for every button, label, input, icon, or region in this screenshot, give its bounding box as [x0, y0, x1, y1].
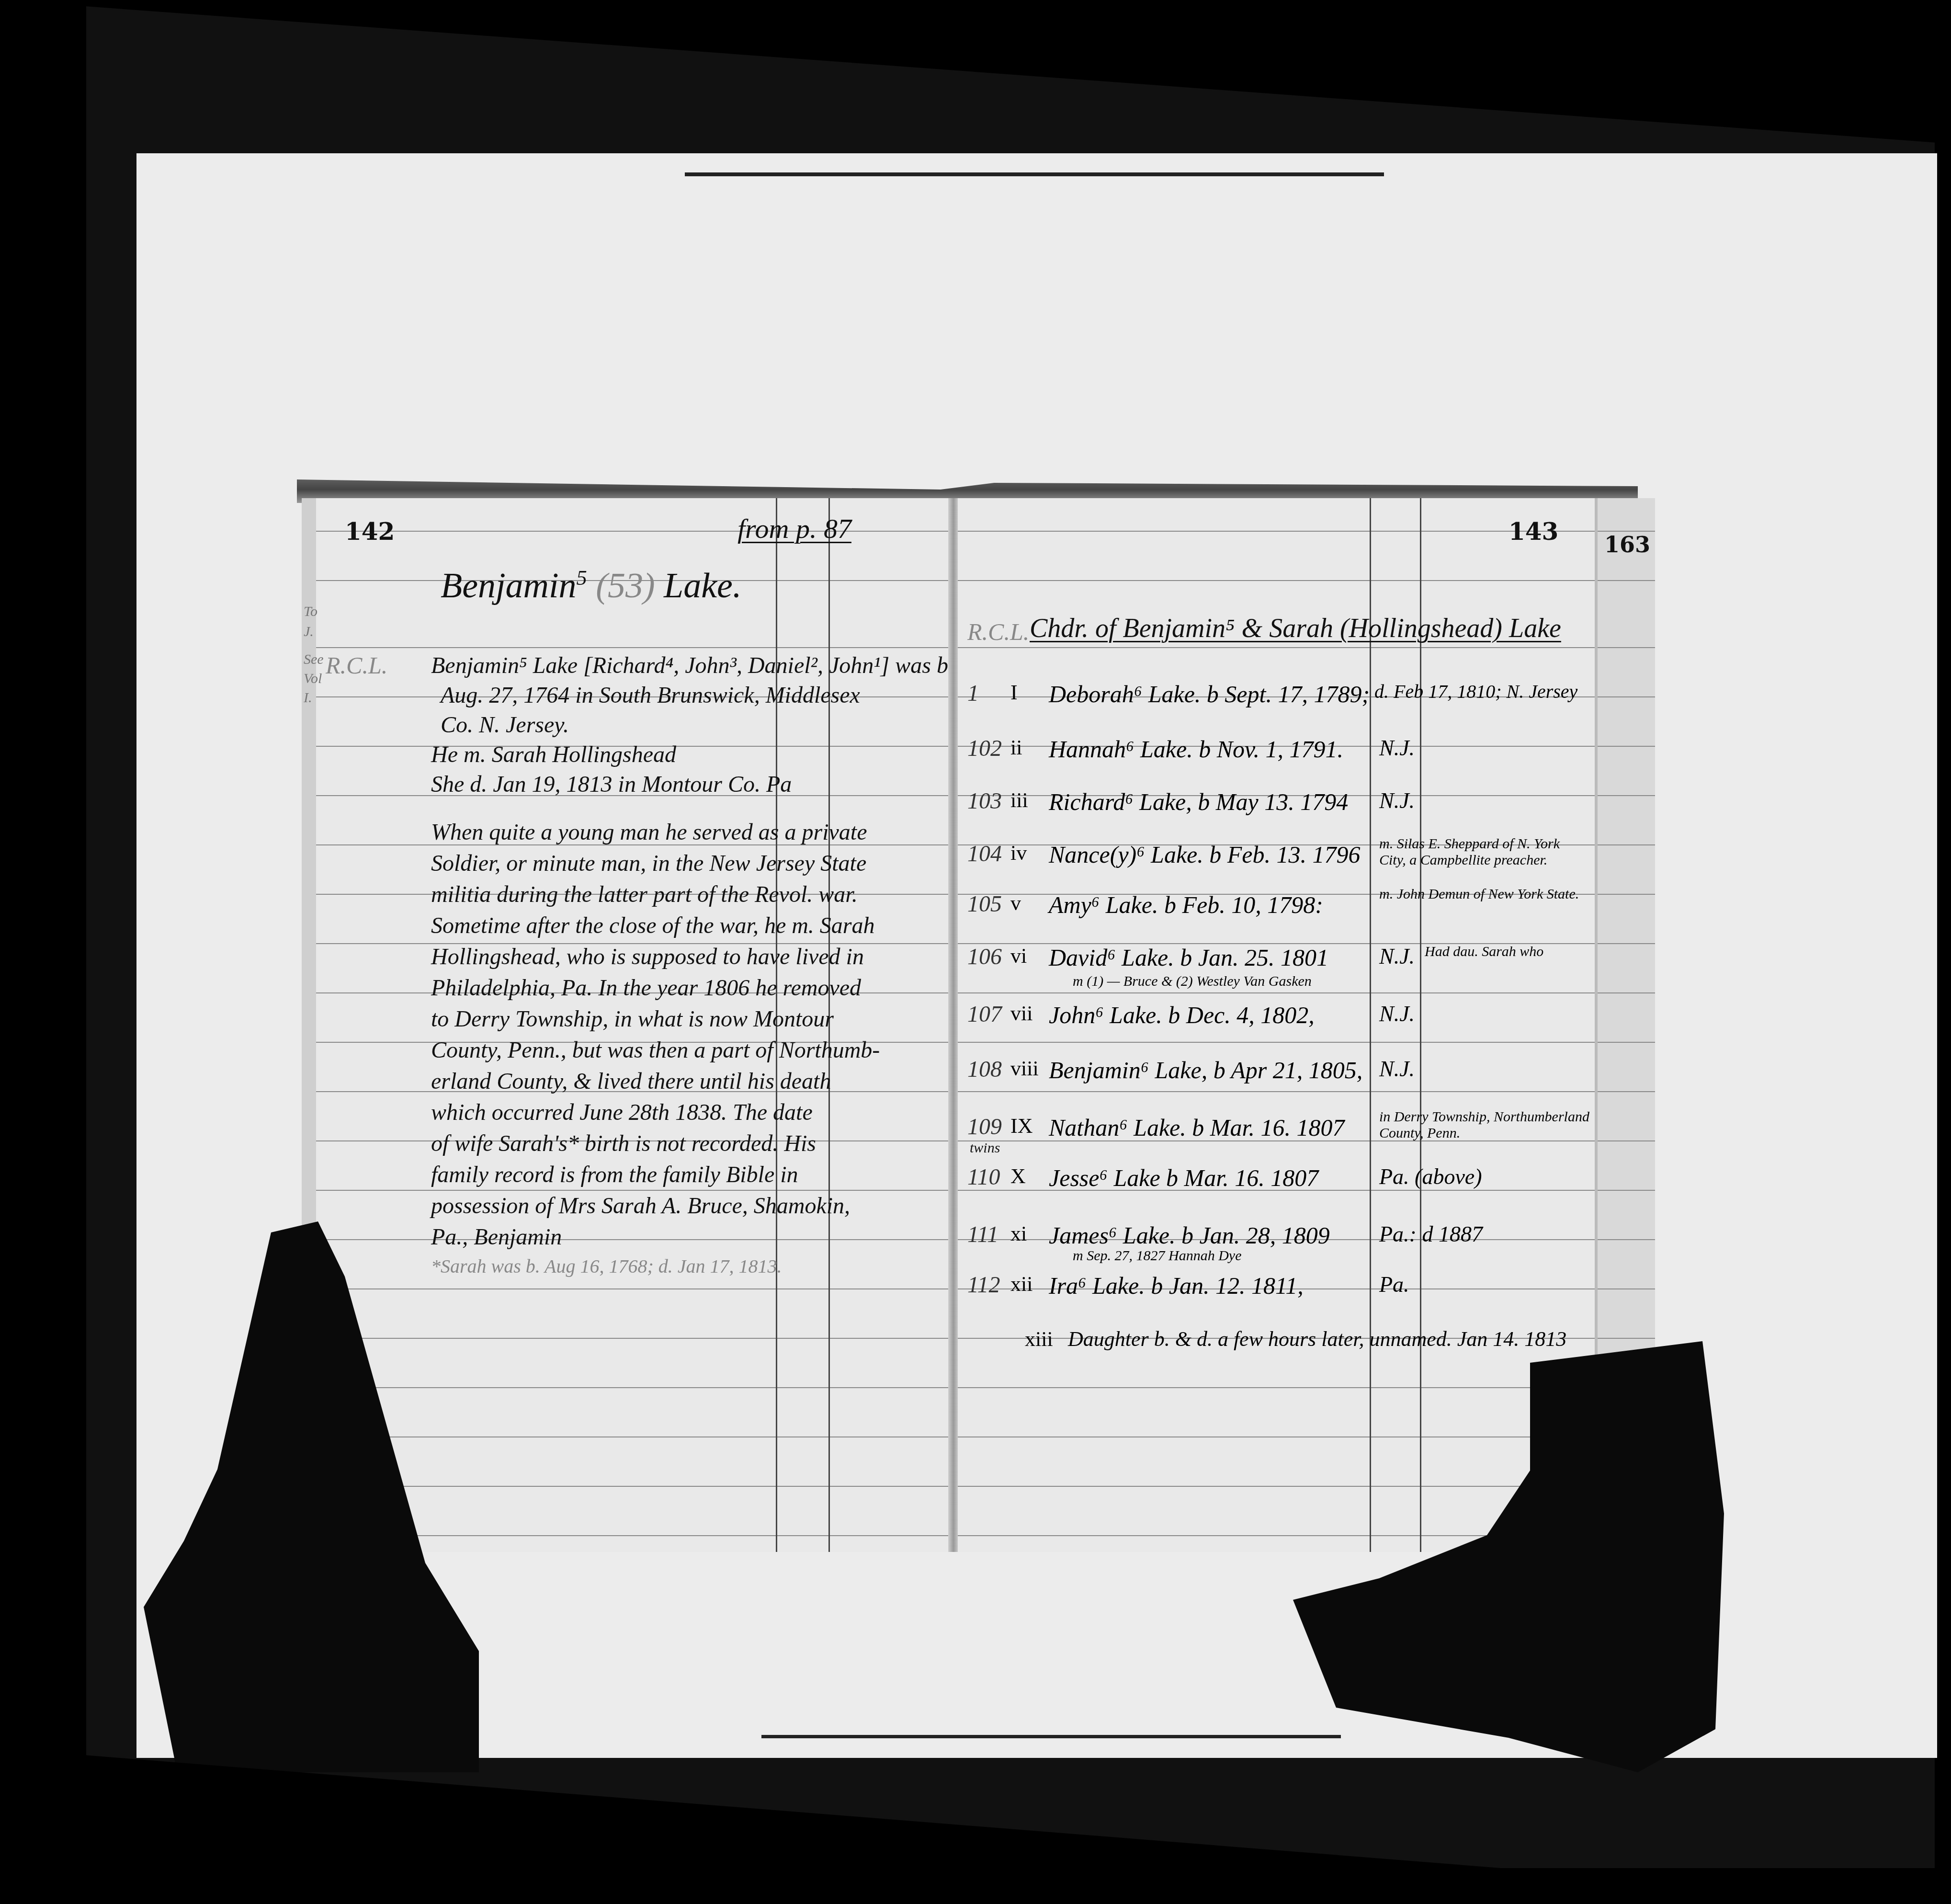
child-index: 109 — [967, 1114, 1002, 1140]
child-birth-record: James⁶ Lake. b Jan. 28, 1809 — [1049, 1221, 1330, 1249]
narrative-line: to Derry Township, in what is now Montou… — [431, 1006, 834, 1032]
child-index: 104 — [967, 841, 1002, 867]
narrative-line: Sometime after the close of the war, he … — [431, 912, 875, 939]
page-number-next: 163 — [1604, 532, 1650, 558]
alignment-rule-bottom — [761, 1735, 1341, 1738]
child-entry: 105 v Amy⁶ Lake. b Feb. 10, 1798: m. Joh… — [958, 891, 1595, 939]
summary-line: He m. Sarah Hollingshead — [431, 741, 676, 768]
open-ledger-book: To J. See Vol I. 142 from p. 87 Benjamin… — [287, 469, 1662, 1571]
child-sub-note: m (1) — Bruce & (2) Westley Van Gasken — [1073, 973, 1312, 990]
child-entry: 107 vii John⁶ Lake. b Dec. 4, 1802, N.J. — [958, 1001, 1595, 1049]
child-birth-record: Richard⁶ Lake, b May 13. 1794 — [1049, 788, 1348, 816]
page-number-left: 142 — [345, 517, 395, 546]
child-roman-numeral: xi — [1010, 1221, 1027, 1246]
child-roman-numeral: xii — [1010, 1272, 1032, 1296]
child-roman-numeral: viii — [1010, 1056, 1039, 1081]
child-index: 106 — [967, 944, 1002, 970]
child-entry: 103 iii Richard⁶ Lake, b May 13. 1794 N.… — [958, 788, 1595, 836]
child-roman-numeral: v — [1010, 891, 1021, 915]
child-roman-numeral: iii — [1010, 788, 1028, 812]
child-place: N.J. — [1379, 944, 1415, 969]
narrative-line: erland County, & lived there until his d… — [431, 1068, 831, 1095]
child-index: 1 — [967, 680, 979, 707]
narrative-line: of wife Sarah's* birth is not recorded. … — [431, 1130, 816, 1157]
child-birth-record: Nathan⁶ Lake. b Mar. 16. 1807 — [1049, 1114, 1344, 1141]
child-place: Pa. — [1379, 1272, 1409, 1297]
child-place: Pa. (above) — [1379, 1164, 1482, 1189]
margin-note: See — [304, 651, 324, 668]
title-name: Benjamin — [441, 566, 577, 605]
child-birth-record: Deborah⁶ Lake. b Sept. 17, 1789; — [1049, 680, 1370, 708]
child-index: 107 — [967, 1001, 1002, 1027]
child-place: N.J. — [1379, 1056, 1415, 1082]
child-marriage-note: m. John Demun of New York State. — [1379, 886, 1590, 902]
book-gutter — [948, 498, 959, 1552]
child-index: 112 — [967, 1272, 1000, 1298]
margin-note: J. — [304, 624, 314, 640]
summary-line: Co. N. Jersey. — [441, 712, 569, 738]
child-birth-record: Ira⁶ Lake. b Jan. 12. 1811, — [1049, 1272, 1304, 1300]
child-entry: 106 vi David⁶ Lake. b Jan. 25. 1801 N.J.… — [958, 944, 1595, 992]
narrative-line: Hollingshead, who is supposed to have li… — [431, 944, 864, 970]
child-roman-numeral: vii — [1010, 1001, 1032, 1026]
summary-line: Aug. 27, 1764 in South Brunswick, Middle… — [441, 682, 860, 708]
summary-line: She d. Jan 19, 1813 in Montour Co. Pa — [431, 771, 792, 798]
summary-line: Benjamin⁵ Lake [Richard⁴, John³, Daniel²… — [431, 652, 954, 679]
child-roman-numeral: IX — [1010, 1114, 1032, 1138]
child-place: N.J. — [1379, 788, 1415, 813]
child-roman-numeral: xiii — [1025, 1327, 1053, 1351]
narrative-line: Soldier, or minute man, in the New Jerse… — [431, 850, 866, 877]
left-page: To J. See Vol I. 142 from p. 87 Benjamin… — [302, 498, 958, 1552]
child-marriage-note: m. Silas E. Sheppard of N. York City, a … — [1379, 836, 1590, 868]
child-roman-numeral: X — [1010, 1164, 1026, 1188]
child-entry: 110 X Jesse⁶ Lake b Mar. 16. 1807 Pa. (a… — [958, 1164, 1595, 1212]
title-surname: Lake. — [664, 566, 741, 605]
child-entry: 1 I Deborah⁶ Lake. b Sept. 17, 1789; d. … — [958, 680, 1595, 728]
child-birthplace-note: in Derry Township, Northumberland County… — [1379, 1109, 1590, 1141]
child-place: d. Feb 17, 1810; N. Jersey — [1374, 680, 1577, 703]
narrative-line: Pa., Benjamin — [431, 1224, 562, 1250]
narrative-line: family record is from the family Bible i… — [431, 1162, 798, 1188]
margin-note: I. — [304, 690, 312, 706]
page-title: Benjamin5 (53) Lake. — [441, 565, 741, 606]
researcher-initials: R.C.L. — [967, 618, 1029, 646]
child-index: 111 — [967, 1221, 998, 1248]
child-birth-record: Nance(y)⁶ Lake. b Feb. 13. 1796 — [1049, 841, 1361, 868]
child-birth-record: Daughter b. & d. a few hours later, unna… — [1068, 1327, 1566, 1351]
margin-note: To — [304, 604, 318, 620]
page-number-right: 143 — [1509, 517, 1558, 546]
child-entry: 112 xii Ira⁶ Lake. b Jan. 12. 1811, Pa. — [958, 1272, 1595, 1320]
child-index: 110 — [967, 1164, 1000, 1190]
child-index: 102 — [967, 735, 1002, 762]
child-birth-record: David⁶ Lake. b Jan. 25. 1801 — [1049, 944, 1328, 971]
child-birth-record: John⁶ Lake. b Dec. 4, 1802, — [1049, 1001, 1315, 1029]
child-entry: 102 ii Hannah⁶ Lake. b Nov. 1, 1791. N.J… — [958, 735, 1595, 783]
footnote: *Sarah was b. Aug 16, 1768; d. Jan 17, 1… — [431, 1255, 782, 1277]
narrative-line: County, Penn., but was then a part of No… — [431, 1037, 880, 1063]
right-page: 143 R.C.L. Chdr. of Benjamin⁵ & Sarah (H… — [958, 498, 1595, 1552]
child-entry: 104 iv Nance(y)⁶ Lake. b Feb. 13. 1796 m… — [958, 841, 1595, 889]
pencil-person-number: (53) — [596, 566, 655, 605]
child-roman-numeral: ii — [1010, 735, 1022, 760]
child-birth-record: Benjamin⁶ Lake, b Apr 21, 1805, — [1049, 1056, 1362, 1084]
child-entry: 108 viii Benjamin⁶ Lake, b Apr 21, 1805,… — [958, 1056, 1595, 1104]
child-roman-numeral: iv — [1010, 841, 1027, 865]
child-place: Pa.: d 1887 — [1379, 1221, 1483, 1247]
child-birth-record: Amy⁶ Lake. b Feb. 10, 1798: — [1049, 891, 1323, 919]
margin-note: Vol — [304, 671, 322, 687]
narrative-line: militia during the latter part of the Re… — [431, 881, 858, 908]
child-birth-record: Jesse⁶ Lake b Mar. 16. 1807 — [1049, 1164, 1318, 1192]
child-entry: 111 xi James⁶ Lake. b Jan. 28, 1809 Pa.:… — [958, 1221, 1595, 1269]
researcher-initials: R.C.L. — [326, 651, 387, 679]
child-entry: 109 IX Nathan⁶ Lake. b Mar. 16. 1807 in … — [958, 1114, 1595, 1162]
narrative-line: which occurred June 28th 1838. The date — [431, 1099, 813, 1126]
narrative-line: When quite a young man he served as a pr… — [431, 819, 867, 845]
children-list-title: Chdr. of Benjamin⁵ & Sarah (Hollingshead… — [1030, 613, 1561, 644]
alignment-rule-top — [685, 172, 1384, 176]
narrative-line: possession of Mrs Sarah A. Bruce, Shamok… — [431, 1193, 850, 1219]
child-entry: xiii Daughter b. & d. a few hours later,… — [958, 1327, 1595, 1375]
child-place: N.J. — [1379, 1001, 1415, 1026]
child-place: N.J. — [1379, 735, 1415, 761]
child-index: 103 — [967, 788, 1002, 814]
generation-number: 5 — [577, 566, 587, 590]
child-sub-note: m Sep. 27, 1827 Hannah Dye — [1073, 1248, 1241, 1264]
child-roman-numeral: vi — [1010, 944, 1027, 968]
child-index: 108 — [967, 1056, 1002, 1083]
child-roman-numeral: I — [1010, 680, 1018, 705]
narrative-line: Philadelphia, Pa. In the year 1806 he re… — [431, 975, 861, 1001]
child-family-note: Had dau. Sarah who — [1425, 944, 1543, 960]
cross-reference: from p. 87 — [737, 513, 851, 545]
twins-bracket-label: twins — [970, 1140, 1000, 1156]
child-index: 105 — [967, 891, 1002, 917]
child-birth-record: Hannah⁶ Lake. b Nov. 1, 1791. — [1049, 735, 1343, 763]
